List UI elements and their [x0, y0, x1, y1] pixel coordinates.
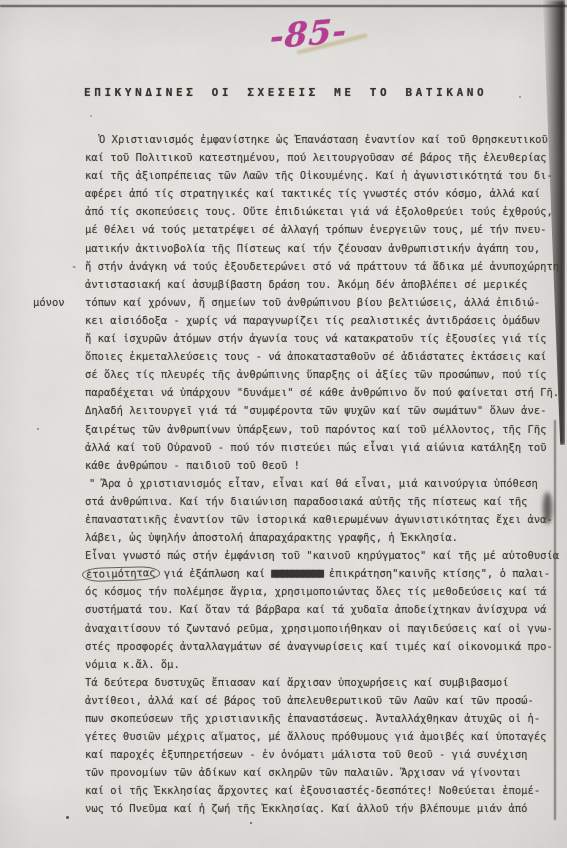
text-line: κάθε ἀνθρώπου - παιδιοῦ τοῦ Θεοῦ ! — [85, 457, 557, 475]
line-text: πων σκοπεύσεων τῆς χριστιανικῆς ἐπαναστά… — [85, 713, 540, 725]
line-text: αφέρει ἀπό τίς στρατηγικές καί τακτικές … — [85, 188, 540, 200]
line-text: νως τό Πνεῦμα καί ἡ ζωή τῆς Ἐκκλησίας. Κ… — [85, 803, 528, 815]
text-line: λάβει, ὡς ὑψηλήν ἀποστολή ἀπαραχάρακτης … — [85, 529, 557, 547]
scan-top-edge — [0, 5, 567, 7]
text-line: κει αἰσιόδοξα - χωρίς νά παραγνωρίζει τί… — [85, 312, 557, 330]
text-line: ματικήν ἀκτινοβολία τῆς Πίστεως καί τήν … — [85, 240, 557, 258]
paper-speck — [90, 115, 92, 117]
text-line: ἀντιστασιακή καί ἀσυμβίβαστη δράση του. … — [85, 276, 557, 294]
circled-word: ἑτοιμότητας — [82, 566, 160, 582]
line-text: σέ ὅλες τίς πλευρές τῆς ἀνθρώπινης ὕπαρξ… — [85, 369, 546, 381]
text-line: " Ἄρα ὁ χριστιανισμός εἶταν, εἶναι καί θ… — [85, 475, 557, 493]
text-line: τῶν προνομίων τῶν ἀδίκων καί σκληρῶν τῶν… — [85, 764, 557, 782]
line-text: Ὁ Χριστιανισμός ἐμφανίστηκε ὡς Ἐπανάστασ… — [99, 134, 548, 146]
line-text: στές προσφορές ἀνταλλαγμάτων σέ ἀναγνωρί… — [85, 641, 553, 653]
text-line: σέ ὅλες τίς πλευρές τῆς ἀνθρώπινης ὕπαρξ… — [85, 366, 557, 384]
line-text: ξαιρέτως τῶν ἀνθρωπίνων ὑπάρξεων, τοῦ πα… — [85, 424, 546, 436]
paper-speck — [66, 816, 69, 819]
line-text: κάθε ἀνθρώπου - παιδιοῦ τοῦ Θεοῦ ! — [85, 460, 300, 472]
line-text: ματικήν ἀκτινοβολία τῆς Πίστεως καί τήν … — [85, 243, 540, 255]
line-text: συστήματά του. Καί ὅταν τά βάρβαρα καί τ… — [85, 604, 546, 616]
margin-note: - — [71, 258, 77, 276]
text-line: Ὁ Χριστιανισμός ἐμφανίστηκε ὡς Ἐπανάστασ… — [85, 131, 557, 149]
line-text: ἀλλά καί τοῦ Οὐρανοῦ - πού τόν πιστεύει … — [85, 442, 546, 454]
margin-note: μόνον — [33, 294, 65, 312]
line-text: ἀπό τίς σκοπεύσεις τους. Οὔτε ἐπιδιώκετα… — [85, 206, 553, 218]
line-text: ἀντίθεοι, ἀλλά καί σέ βάρος τοῦ ἀπελευθε… — [85, 695, 534, 707]
text-line: καί οἱ τῆς Ἐκκλησίας ἄρχοντες καί ἐξουσι… — [85, 782, 557, 800]
text-line: στά ἀνθρώπινα. Καί τήν διαιώνιση παραδοσ… — [85, 493, 557, 511]
line-text: νόμια κ.ἄλ. ὅμ. — [85, 659, 180, 671]
line-text: Τά δεύτερα δυστυχῶς ἔπιασαν καί ἄρχισαν … — [85, 677, 509, 689]
text-line: αφέρει ἀπό τίς στρατηγικές καί τακτικές … — [85, 185, 557, 203]
text-line: ἤ καί ἰσχυρῶν ἀτόμων στήν ἀγωνία τους νά… — [85, 330, 557, 348]
text-line: Εἶναι γνωστό πώς στήν ἐμφάνιση τοῦ "καιν… — [85, 547, 557, 565]
text-line: πων σκοπεύσεων τῆς χριστιανικῆς ἐπαναστά… — [85, 710, 557, 728]
line-text: ἐπαναστατικῆς ἐναντίον τῶν ἱστορικά καθι… — [85, 514, 553, 526]
text-line: ός κόσμος τήν πολέμησε ἄγρια, χρησιμοποι… — [85, 583, 557, 601]
document-page: -85- ΕΠΙΚΥΝΔΙΝΕΣ ΟΙ ΣΧΕΣΕΙΣ ΜΕ ΤΟ ΒΑΤΙΚΑ… — [0, 0, 567, 848]
line-text: ὅποιες ἐκμεταλλεύσεις τους - νά ἀποκατασ… — [85, 351, 546, 363]
text-line: νόμια κ.ἄλ. ὅμ. — [85, 656, 557, 674]
text-line: νως τό Πνεῦμα καί ἡ ζωή τῆς Ἐκκλησίας. Κ… — [85, 800, 557, 818]
text-line: στές προσφορές ἀνταλλαγμάτων σέ ἀναγνωρί… — [85, 638, 557, 656]
line-text: Εἶναι γνωστό πώς στήν ἐμφάνιση τοῦ "καιν… — [85, 550, 559, 562]
line-text: γέτες θυσιῶν μέχρις αἵματος, μέ ἄλλους π… — [85, 731, 546, 743]
body-text: Ὁ Χριστιανισμός ἐμφανίστηκε ὡς Ἐπανάστασ… — [85, 131, 557, 819]
text-line: καί παροχές ἐξυπηρετήσεων - ἐν ὀνόματι μ… — [85, 746, 557, 764]
text-line: ἑτοιμότητας γιά ἐξάπλωση καί ██████████ … — [85, 565, 557, 583]
document-title: ΕΠΙΚΥΝΔΙΝΕΣ ΟΙ ΣΧΕΣΕΙΣ ΜΕ ΤΟ ΒΑΤΙΚΑΝΟ — [84, 86, 487, 99]
line-text: ἀντιστασιακή καί ἀσυμβίβαστη δράση του. … — [85, 279, 528, 291]
line-text: στά ἀνθρώπινα. Καί τήν διαιώνιση παραδοσ… — [85, 496, 528, 508]
line-text: ἤ καί ἰσχυρῶν ἀτόμων στήν ἀγωνία τους νά… — [85, 333, 546, 345]
text-line: ἀλλά καί τοῦ Οὐρανοῦ - πού τόν πιστεύει … — [85, 439, 557, 457]
line-text: τῶν προνομίων τῶν ἀδίκων καί σκληρῶν τῶν… — [85, 767, 521, 779]
line-text: καί τῆς ἀξιοπρέπειας τῶν Λαῶν τῆς Οἰκουμ… — [85, 170, 553, 182]
text-line: γέτες θυσιῶν μέχρις αἵματος, μέ ἄλλους π… — [85, 728, 557, 746]
line-text: ἀναχαιτίσουν τό ζωντανό ρεῦμα, χρησιμοπο… — [85, 623, 553, 635]
paper-speck — [37, 428, 39, 430]
line-text: " Ἄρα ὁ χριστιανισμός εἶταν, εἶναι καί θ… — [89, 478, 538, 490]
text-line: ἐπαναστατικῆς ἐναντίον τῶν ἱστορικά καθι… — [85, 511, 557, 529]
text-line: Δηλαδή λειτουργεῖ γιά τά "συμφέροντα τῶν… — [85, 402, 557, 420]
line-text: παραδέχεται νά ὑπάρχουν "δυνάμει" σέ κάθ… — [85, 387, 559, 399]
line-text: λάβει, ὡς ὑψηλήν ἀποστολή ἀπαραχάρακτης … — [85, 532, 458, 544]
overstruck-word: ██████████ — [271, 569, 322, 580]
handwritten-page-number: -85- — [269, 10, 348, 56]
line-text: καί τοῦ Πολιτικοῦ κατεστημένου, πού λειτ… — [85, 152, 546, 164]
line-text: ἐπικράτηση"καινῆς κτίσης", ὁ παλαι- — [323, 568, 551, 580]
line-text: ἤ στήν ἀνάγκη νά τούς ἐξουδετερώνει στό … — [85, 261, 559, 273]
text-line: ἤ στήν ἀνάγκη νά τούς ἐξουδετερώνει στό … — [85, 258, 557, 276]
text-line: ὅποιες ἐκμεταλλεύσεις τους - νά ἀποκατασ… — [85, 348, 557, 366]
text-line: μέ θέλει νά τούς μετατρέψει σέ ἀλλαγή τρ… — [85, 221, 557, 239]
text-line: καί τῆς ἀξιοπρέπειας τῶν Λαῶν τῆς Οἰκουμ… — [85, 167, 557, 185]
line-text: τόπων καί χρόνων, ἤ σημείων τοῦ ἀνθρώπιν… — [85, 297, 540, 309]
text-line: ἀναχαιτίσουν τό ζωντανό ρεῦμα, χρησιμοπο… — [85, 620, 557, 638]
line-text: γιά ἐξάπλωση καί — [158, 568, 272, 580]
paper-speck — [519, 96, 521, 98]
text-line: καί τοῦ Πολιτικοῦ κατεστημένου, πού λειτ… — [85, 149, 557, 167]
line-text: Δηλαδή λειτουργεῖ γιά τά "συμφέροντα τῶν… — [85, 405, 546, 417]
text-line: ξαιρέτως τῶν ἀνθρωπίνων ὑπάρξεων, τοῦ πα… — [85, 421, 557, 439]
text-line: συστήματά του. Καί ὅταν τά βάρβαρα καί τ… — [85, 601, 557, 619]
line-text: καί οἱ τῆς Ἐκκλησίας ἄρχοντες καί ἐξουσι… — [85, 785, 540, 797]
text-line: τόπων καί χρόνων, ἤ σημείων τοῦ ἀνθρώπιν… — [85, 294, 557, 312]
line-text: καί παροχές ἐξυπηρετήσεων - ἐν ὀνόματι μ… — [85, 749, 528, 761]
text-line: Τά δεύτερα δυστυχῶς ἔπιασαν καί ἄρχισαν … — [85, 674, 557, 692]
line-text: ός κόσμος τήν πολέμησε ἄγρια, χρησιμοποι… — [85, 586, 546, 598]
paper-speck — [250, 822, 252, 824]
text-line: ἀπό τίς σκοπεύσεις τους. Οὔτε ἐπιδιώκετα… — [85, 203, 557, 221]
text-line: παραδέχεται νά ὑπάρχουν "δυνάμει" σέ κάθ… — [85, 384, 557, 402]
text-line: ἀντίθεοι, ἀλλά καί σέ βάρος τοῦ ἀπελευθε… — [85, 692, 557, 710]
line-text: κει αἰσιόδοξα - χωρίς νά παραγνωρίζει τί… — [85, 315, 540, 327]
line-text: μέ θέλει νά τούς μετατρέψει σέ ἀλλαγή τρ… — [85, 224, 546, 236]
